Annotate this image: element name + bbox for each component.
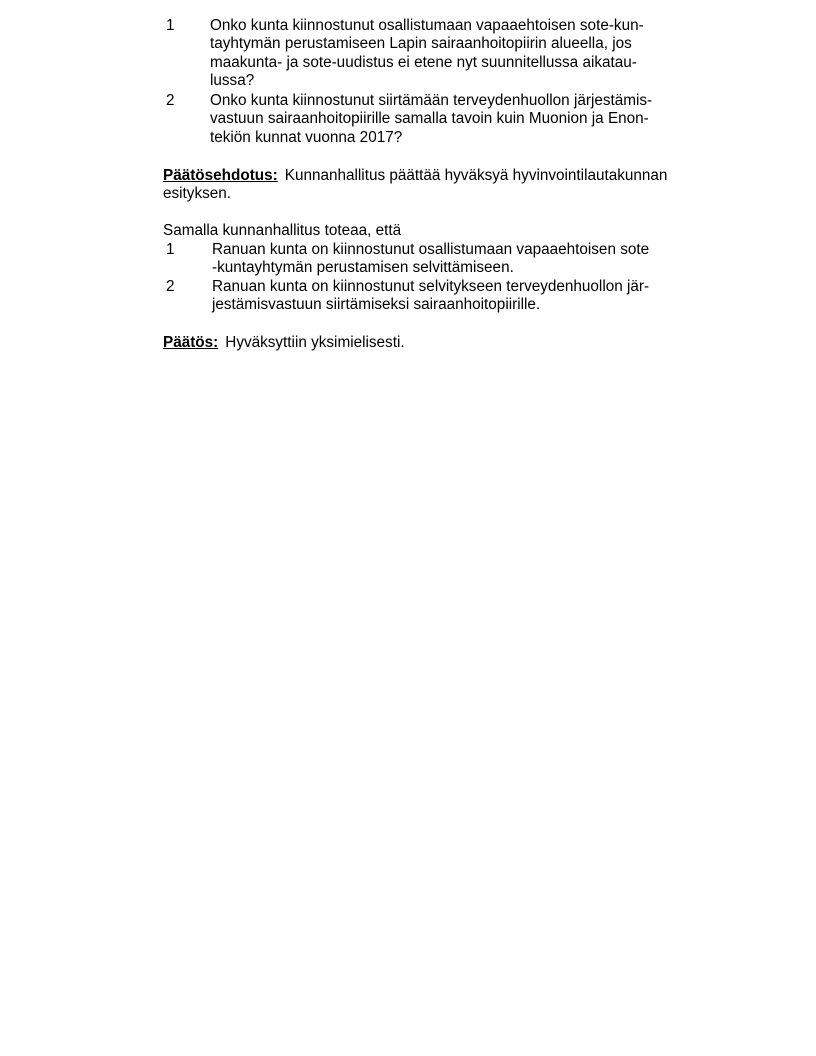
statement-intro: Samalla kunnanhallitus toteaa, että	[163, 222, 703, 240]
decision-paragraph: Päätös:Hyväksyttiin yksimielisesti.	[163, 334, 703, 352]
decision-text: Hyväksyttiin yksimielisesti.	[225, 334, 404, 351]
document-page: 1 Onko kunta kiinnostunut osallistumaan …	[0, 0, 816, 1056]
statement-number: 1	[166, 241, 175, 259]
statement-item: 1 Ranuan kunta on kiinnostunut osallistu…	[163, 241, 703, 278]
question-number: 2	[166, 92, 175, 110]
question-text: Onko kunta kiinnostunut osallistumaan va…	[210, 17, 690, 90]
statement-text: Ranuan kunta on kiinnostunut osallistuma…	[212, 241, 692, 278]
statement-number: 2	[166, 278, 175, 296]
question-text: Onko kunta kiinnostunut siirtämään terve…	[210, 92, 690, 147]
statement-item: 2 Ranuan kunta on kiinnostunut selvityks…	[163, 278, 703, 315]
proposal-label: Päätösehdotus:	[163, 167, 278, 184]
decision-label: Päätös:	[163, 334, 218, 351]
proposal-paragraph: Päätösehdotus:Kunnanhallitus päättää hyv…	[163, 167, 703, 204]
question-number: 1	[166, 17, 175, 35]
question-item: 2 Onko kunta kiinnostunut siirtämään ter…	[163, 92, 703, 148]
question-item: 1 Onko kunta kiinnostunut osallistumaan …	[163, 17, 703, 91]
statement-text: Ranuan kunta on kiinnostunut selvityksee…	[212, 278, 692, 315]
